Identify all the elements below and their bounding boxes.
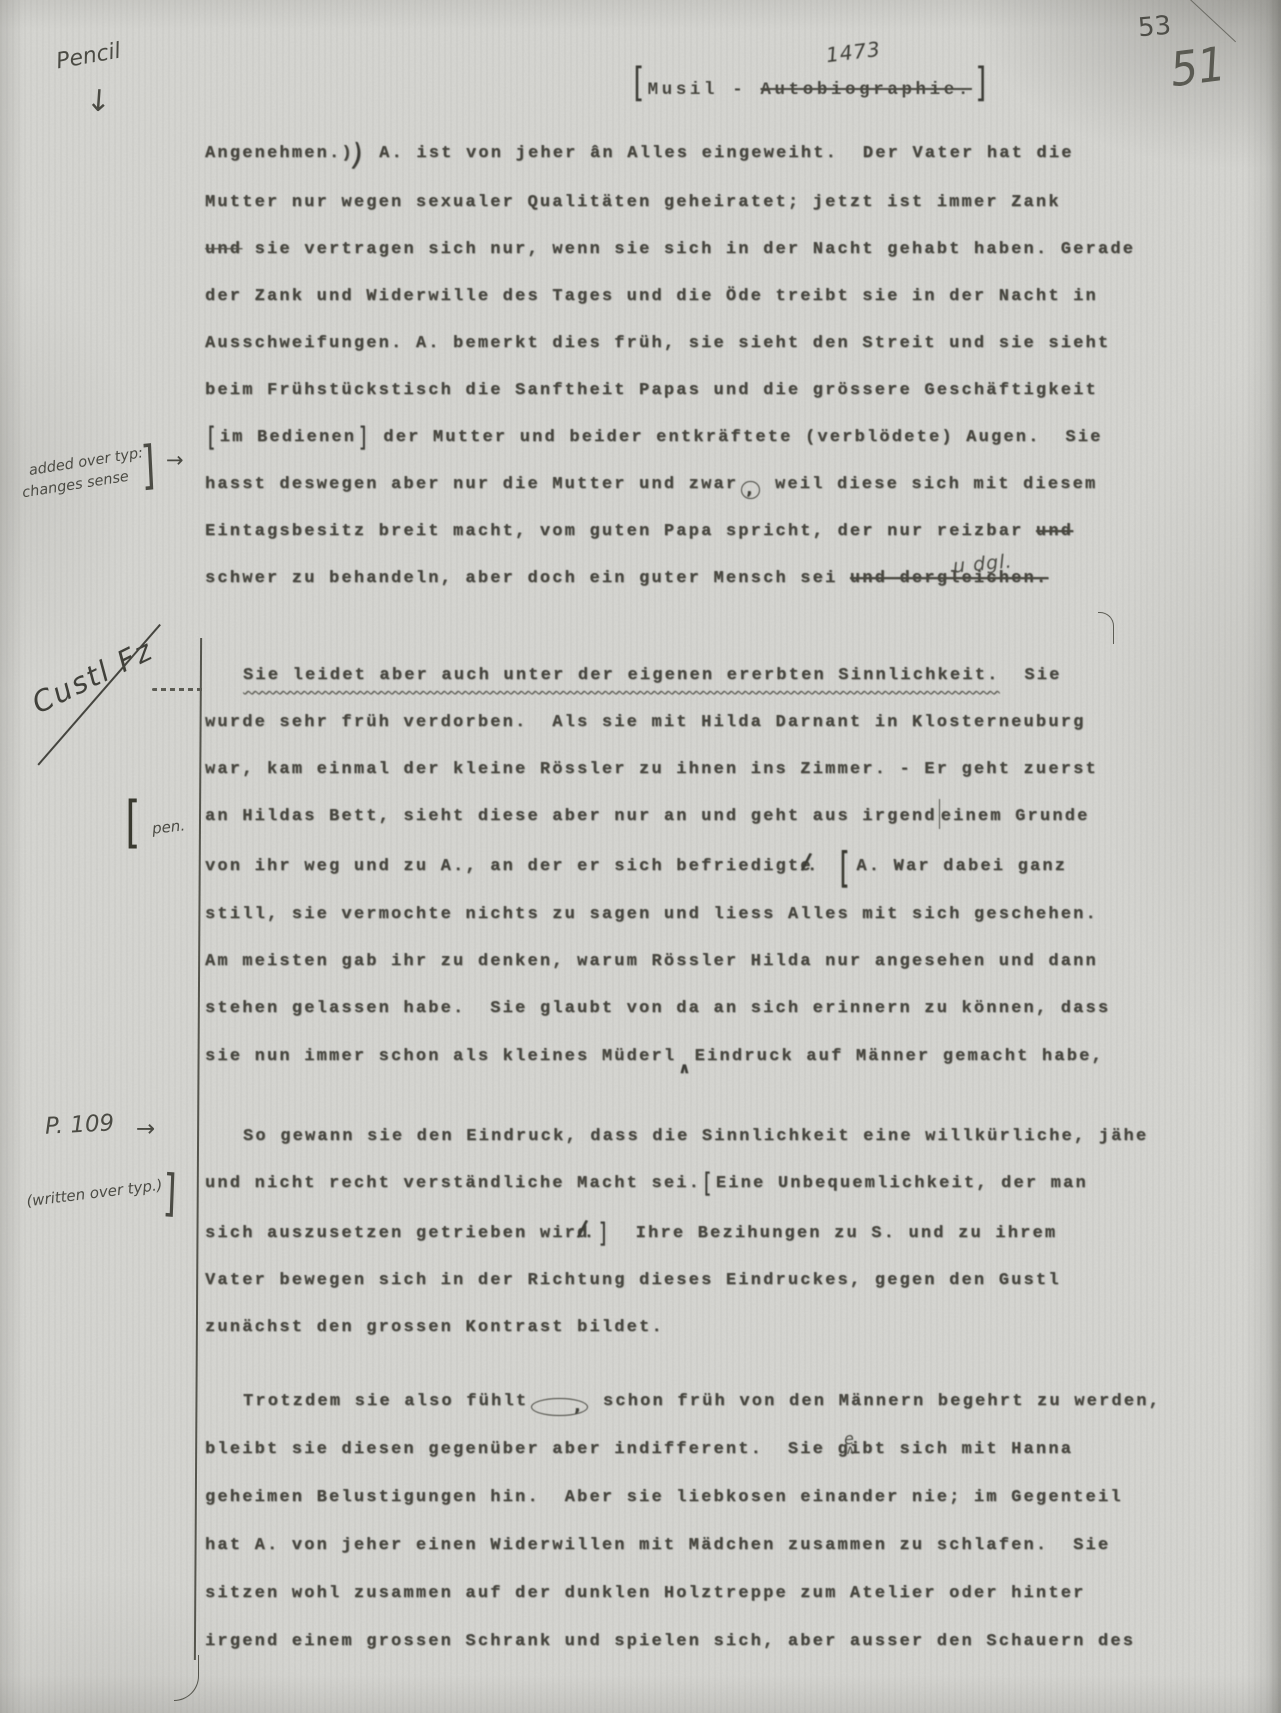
text-segment: irgend einem grossen Schrank und spielen… xyxy=(205,1632,1135,1651)
text-line: schwer zu behandeln, aber doch ein guter… xyxy=(205,555,1135,602)
text-segment: Eintagsbesitz breit macht, vom guten Pap… xyxy=(205,522,1036,541)
text-segment: der Zank und Widerwille des Tages und di… xyxy=(205,287,1098,306)
paragraph: Angenehmen.)) A. ist von jeher ân Alles … xyxy=(205,130,1135,602)
text-segment: sie vertragen sich nur, wenn sie sich in… xyxy=(242,240,1135,259)
text-segment: stehen gelassen habe. Sie glaubt von da … xyxy=(205,999,1110,1018)
text-segment: geheimen Belustigungen hin. Aber sie lie… xyxy=(205,1488,1123,1507)
text-line: beim Frühstückstisch die Sanftheit Papas… xyxy=(205,367,1135,414)
text-segment: zunächst den grossen Kontrast bildet. xyxy=(205,1318,664,1337)
text-segment: Eine Unbequemlichkeit, der man xyxy=(716,1174,1088,1193)
text-segment xyxy=(939,799,940,829)
text-line: hat A. von jeher einen Widerwillen mit M… xyxy=(205,1522,1161,1570)
text-line: an Hildas Bett, sieht diese aber nur an … xyxy=(205,793,1110,840)
text-segment: [ xyxy=(208,414,218,461)
text-segment: Ihre Bezihungen zu S. und zu ihrem xyxy=(611,1224,1057,1243)
text-line: zunächst den grossen Kontrast bildet. xyxy=(205,1304,1148,1351)
text-segment: Am meisten gab ihr zu denken, warum Röss… xyxy=(205,952,1098,971)
text-segment: hat A. von jeher einen Widerwillen mit M… xyxy=(205,1536,1110,1555)
text-segment: sitzen wohl zusammen auf der dunklen Hol… xyxy=(205,1584,1086,1603)
text-segment: einem Grunde xyxy=(941,807,1090,826)
text-segment: bleibt sie diesen gegenüber aber indiffe… xyxy=(205,1440,838,1459)
text-segment: Eindruck auf Männer gemacht habe, xyxy=(695,1047,1104,1066)
text-segment: schwer zu behandeln, aber doch ein guter… xyxy=(205,569,850,588)
text-line: irgend einem grossen Schrank und spielen… xyxy=(205,1618,1161,1666)
typed-text-block: Angenehmen.)) A. ist von jeher ân Alles … xyxy=(0,0,1281,1713)
text-segment: und dergleichen.u dgl. xyxy=(850,569,1048,588)
text-line: der Zank und Widerwille des Tages und di… xyxy=(205,273,1135,320)
paragraph: Sie leidet aber auch unter der eigenen e… xyxy=(205,652,1110,1080)
text-segment: weil diese sich mit diesem xyxy=(763,475,1098,494)
text-line: Vater bewegen sich in der Richtung diese… xyxy=(205,1257,1148,1304)
text-line: sitzen wohl zusammen auf der dunklen Hol… xyxy=(205,1570,1161,1618)
text-segment: hasst deswegen aber nur die Mutter und z… xyxy=(205,475,738,494)
text-line: Am meisten gab ihr zu denken, warum Röss… xyxy=(205,938,1110,985)
text-segment: ] xyxy=(599,1210,609,1257)
text-line: hasst deswegen aber nur die Mutter und z… xyxy=(205,461,1135,508)
text-segment: von ihr weg und zu A., an der er sich be… xyxy=(205,857,813,876)
handwritten-caret-below: ∧ xyxy=(846,1427,857,1475)
text-line: und nicht recht verständliche Macht sei.… xyxy=(205,1160,1148,1207)
text-segment: beim Frühstückstisch die Sanftheit Papas… xyxy=(205,381,1098,400)
text-segment: ∧ xyxy=(678,1045,692,1092)
text-line: sie nun immer schon als kleines Müderl∧E… xyxy=(205,1032,1110,1080)
text-segment: sie nun immer schon als kleines Müderl xyxy=(205,1047,676,1066)
text-segment: und nicht recht verständliche Macht sei. xyxy=(205,1174,701,1193)
text-segment: ] xyxy=(359,414,369,461)
text-segment: Ausschweifungen. A. bemerkt dies früh, s… xyxy=(205,334,1110,353)
text-line: und sie vertragen sich nur, wenn sie sic… xyxy=(205,226,1135,273)
text-segment: So gewann sie den Eindruck, dass die Sin… xyxy=(243,1127,1148,1146)
text-segment: wurde sehr früh verdorben. Als sie mit H… xyxy=(205,713,1086,732)
text-segment: , xyxy=(741,481,759,499)
text-segment: war, kam einmal der kleine Rössler zu ih… xyxy=(205,760,1098,779)
paragraph: So gewann sie den Eindruck, dass die Sin… xyxy=(205,1113,1148,1351)
text-segment: ) xyxy=(348,131,368,179)
text-segment: und xyxy=(1036,522,1073,541)
text-segment: Trotzdem sie also fühlt xyxy=(243,1392,528,1411)
text-segment: Vater bewegen sich in der Richtung diese… xyxy=(205,1271,1061,1290)
text-line: sich auszusetzen getrieben wird/.] Ihre … xyxy=(205,1207,1148,1257)
text-line: Sie leidet aber auch unter der eigenen e… xyxy=(205,652,1110,699)
text-segment: A. War dabei ganz xyxy=(856,857,1067,876)
text-line: So gewann sie den Eindruck, dass die Sin… xyxy=(205,1113,1148,1160)
handwritten-insert-above: u dgl. xyxy=(951,538,1014,590)
text-line: geheimen Belustigungen hin. Aber sie lie… xyxy=(205,1474,1161,1522)
text-segment: Sie xyxy=(1000,666,1062,685)
text-line: Angenehmen.)) A. ist von jeher ân Alles … xyxy=(205,130,1135,179)
text-segment: im Bedienen xyxy=(220,428,356,447)
text-segment: [ xyxy=(839,844,851,891)
text-segment: A. ist von jeher ân Alles eingeweiht. De… xyxy=(367,144,1074,163)
text-segment: gibte∧ xyxy=(838,1440,888,1459)
text-line: Mutter nur wegen sexualer Qualitäten geh… xyxy=(205,179,1135,226)
text-line: von ihr weg und zu A., an der er sich be… xyxy=(205,840,1110,891)
text-segment: , xyxy=(531,1398,587,1416)
text-line: Ausschweifungen. A. bemerkt dies früh, s… xyxy=(205,320,1135,367)
text-segment: der Mutter und beider entkräftete (verbl… xyxy=(371,428,1103,447)
text-segment: Sie leidet aber auch unter der eigenen e… xyxy=(243,666,1000,685)
text-line: war, kam einmal der kleine Rössler zu ih… xyxy=(205,746,1110,793)
text-segment: Angenehmen.) xyxy=(205,144,354,163)
text-segment: [ xyxy=(704,1160,714,1207)
text-line: Trotzdem sie also fühlt, schon früh von … xyxy=(205,1378,1161,1426)
text-segment: sich auszusetzen getrieben wird xyxy=(205,1224,589,1243)
text-line: bleibt sie diesen gegenüber aber indiffe… xyxy=(205,1426,1161,1474)
manuscript-page: { "corner": { "small": "53", "large": "5… xyxy=(0,0,1281,1713)
text-segment: schon früh von den Männern begehrt zu we… xyxy=(591,1392,1161,1411)
text-line: wurde sehr früh verdorben. Als sie mit H… xyxy=(205,699,1110,746)
text-line: stehen gelassen habe. Sie glaubt von da … xyxy=(205,985,1110,1032)
text-segment: still, sie vermochte nichts zu sagen und… xyxy=(205,905,1098,924)
text-segment: und xyxy=(205,240,242,259)
text-segment: Mutter nur wegen sexualer Qualitäten geh… xyxy=(205,193,1061,212)
text-line: still, sie vermochte nichts zu sagen und… xyxy=(205,891,1110,938)
text-line: [im Bedienen] der Mutter und beider entk… xyxy=(205,414,1135,461)
text-segment: sich mit Hanna xyxy=(887,1440,1073,1459)
text-segment: an Hildas Bett, sieht diese aber nur an … xyxy=(205,807,937,826)
paragraph: Trotzdem sie also fühlt, schon früh von … xyxy=(205,1378,1161,1666)
